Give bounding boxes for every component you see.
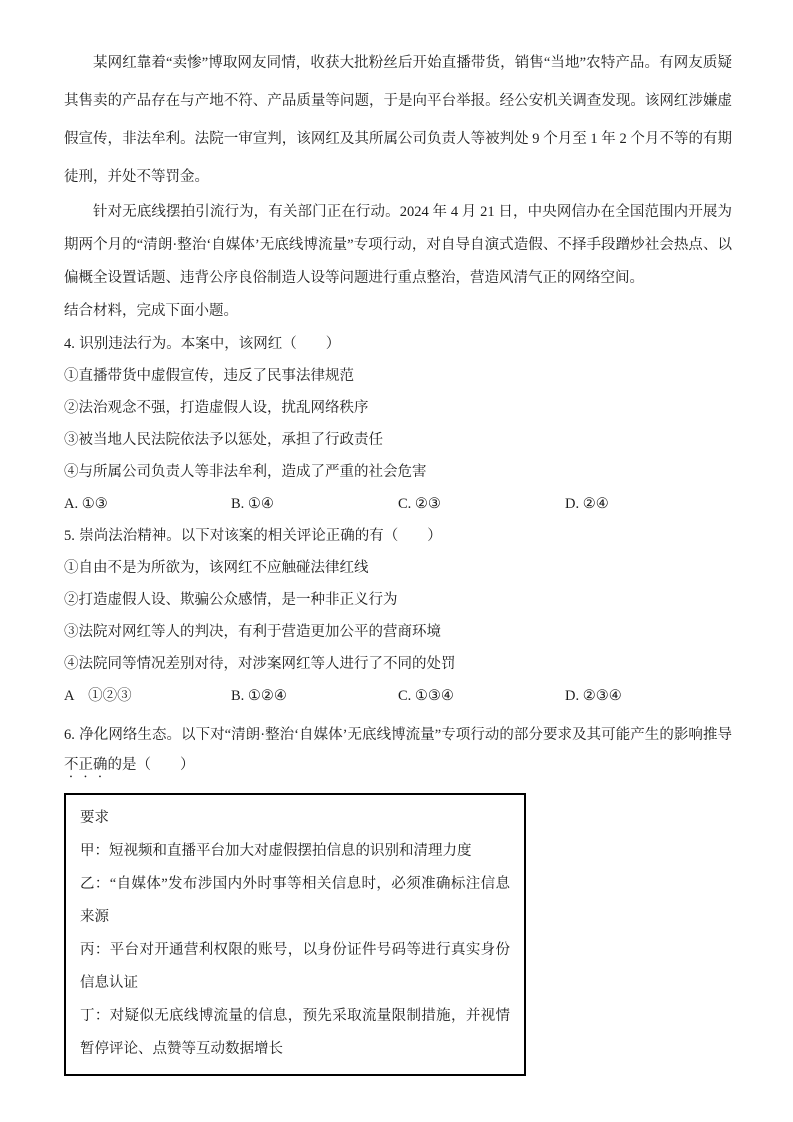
question-6-stem-after: 的是（ ）	[108, 757, 195, 773]
question-4-option-a: A. ①③	[64, 488, 231, 520]
question-5-option-a: A ①②③	[64, 680, 231, 712]
question-4-option-b: B. ①④	[231, 488, 398, 520]
question-4-item-1: ①直播带货中虚假宣传，违反了民事法律规范	[64, 360, 732, 392]
question-6-stem: 6.净化网络生态。以下对“清朗·整治‘自媒体’无底线博流量”专项行动的部分要求及…	[64, 720, 732, 781]
question-5-number: 5.	[64, 528, 75, 544]
question-4-stem-text: 识别违法行为。本案中，该网红（ ）	[79, 336, 340, 352]
requirement-row-yi: 乙：“自媒体”发布涉国内外时事等相关信息时，必须准确标注信息来源	[80, 868, 510, 934]
question-4-option-d: D. ②④	[565, 488, 732, 520]
question-5-stem-text: 崇尚法治精神。以下对该案的相关评论正确的有（ ）	[79, 528, 442, 544]
requirement-row-jia: 甲：短视频和直播平台加大对虚假摆拍信息的识别和清理力度	[80, 835, 510, 868]
question-5-option-c: C. ①③④	[398, 680, 565, 712]
material-paragraph-2: 针对无底线摆拍引流行为，有关部门正在行动。2024 年 4 月 21 日，中央网…	[64, 196, 732, 295]
requirements-header: 要求	[80, 802, 510, 835]
question-5-item-1: ①自由不是为所欲为，该网红不应触碰法律红线	[64, 552, 732, 584]
question-4-option-c: C. ②③	[398, 488, 565, 520]
question-5-option-d: D. ②③④	[565, 680, 732, 712]
question-5-options: A ①②③ B. ①②④ C. ①③④ D. ②③④	[64, 680, 732, 712]
question-5-item-4: ④法院同等情况差别对待，对涉案网红等人进行了不同的处罚	[64, 648, 732, 680]
requirements-box: 要求 甲：短视频和直播平台加大对虚假摆拍信息的识别和清理力度 乙：“自媒体”发布…	[64, 793, 526, 1076]
material-paragraph-1: 某网红靠着“卖惨”博取网友同情，收获大批粉丝后开始直播带货，销售“当地”农特产品…	[64, 44, 732, 196]
question-4-number: 4.	[64, 336, 75, 352]
question-4-stem: 4.识别违法行为。本案中，该网红（ ）	[64, 328, 732, 360]
question-4-item-4: ④与所属公司负责人等非法牟利，造成了严重的社会危害	[64, 456, 732, 488]
requirement-row-bing: 丙：平台对开通营利权限的账号，以身份证件号码等进行真实身份信息认证	[80, 934, 510, 1000]
question-6-stem-emphasis: 不正确	[64, 757, 108, 773]
question-6-number: 6.	[64, 727, 75, 743]
question-5-stem: 5.崇尚法治精神。以下对该案的相关评论正确的有（ ）	[64, 520, 732, 552]
question-5-item-3: ③法院对网红等人的判决，有利于营造更加公平的营商环境	[64, 616, 732, 648]
materials-instruction: 结合材料，完成下面小题。	[64, 295, 732, 328]
requirement-row-ding: 丁：对疑似无底线博流量的信息，预先采取流量限制措施，并视情暂停评论、点赞等互动数…	[80, 1000, 510, 1066]
question-4-item-2: ②法治观念不强，打造虚假人设，扰乱网络秩序	[64, 392, 732, 424]
question-6: 6.净化网络生态。以下对“清朗·整治‘自媒体’无底线博流量”专项行动的部分要求及…	[64, 720, 732, 1076]
question-4-item-3: ③被当地人民法院依法予以惩处，承担了行政责任	[64, 424, 732, 456]
question-6-stem-before: 净化网络生态。以下对“清朗·整治‘自媒体’无底线博流量”专项行动的部分要求及其可…	[79, 727, 732, 743]
question-4-options: A. ①③ B. ①④ C. ②③ D. ②④	[64, 488, 732, 520]
question-5-option-b: B. ①②④	[231, 680, 398, 712]
question-4: 4.识别违法行为。本案中，该网红（ ） ①直播带货中虚假宣传，违反了民事法律规范…	[64, 328, 732, 520]
question-5: 5.崇尚法治精神。以下对该案的相关评论正确的有（ ） ①自由不是为所欲为，该网红…	[64, 520, 732, 712]
question-5-item-2: ②打造虚假人设、欺骗公众感情，是一种非正义行为	[64, 584, 732, 616]
exam-document-page: 某网红靠着“卖惨”博取网友同情，收获大批粉丝后开始直播带货，销售“当地”农特产品…	[0, 0, 793, 1122]
